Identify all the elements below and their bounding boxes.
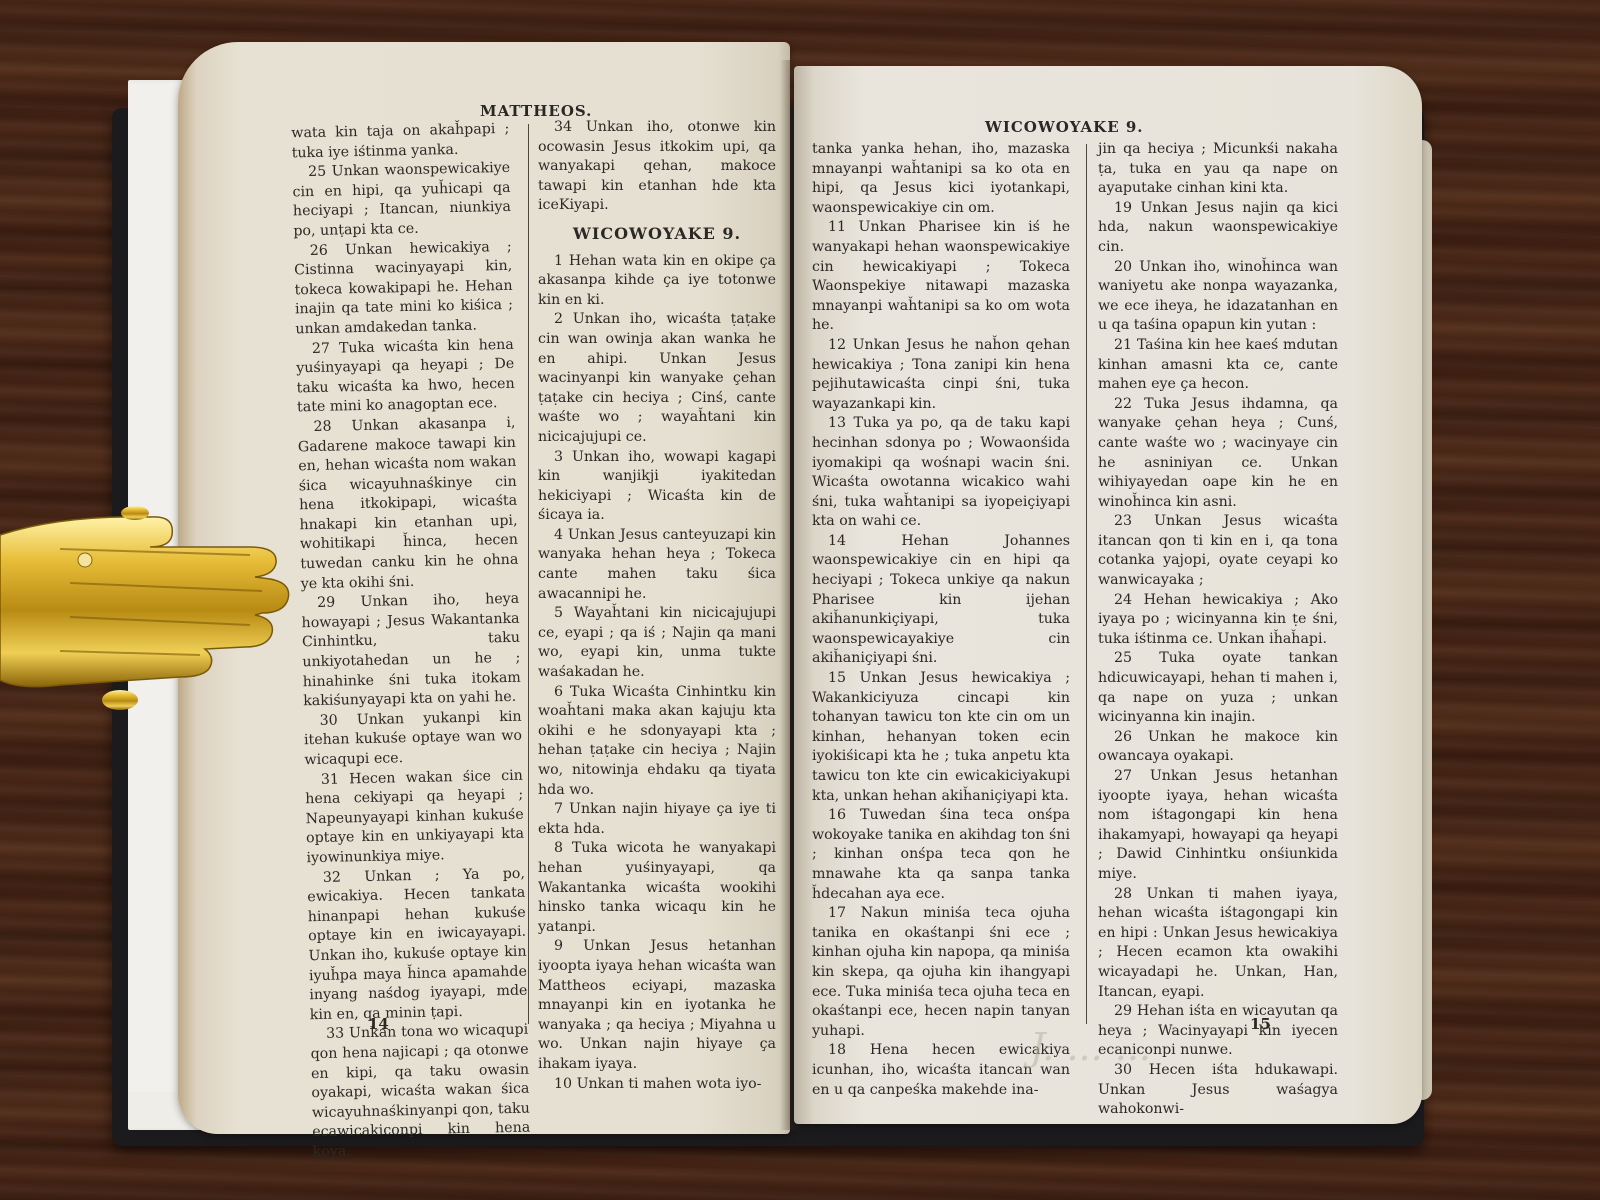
verse: 10 Unkan ti mahen wota iyo- bbox=[538, 1075, 776, 1095]
verse: 9 Unkan Jesus hetanhan iyoopta iyaya heh… bbox=[538, 937, 776, 1074]
verse: 5 Wayaȟtani kin nicicajujupi ce, eyapi ;… bbox=[538, 604, 776, 682]
verse: 33 Unkan tona wo wicaqupi qon hena najic… bbox=[310, 1021, 531, 1163]
verse: 3 Unkan iho, wowapi kagapi kin wanjikji … bbox=[538, 448, 776, 526]
verse: 28 Unkan ti mahen iyaya, hehan wicaśta i… bbox=[1098, 885, 1338, 1003]
verse: wata kin taja on akaȟpapi ; tuka iye iśt… bbox=[291, 120, 510, 164]
left-column-2: 34 Unkan iho, otonwe kin ocowasin Jesus … bbox=[538, 118, 776, 1094]
verse: 8 Tuka wicota he wanyakapi hehan yuśinya… bbox=[538, 839, 776, 937]
verse: 2 Unkan iho, wicaśta ṭaṭake cin wan owin… bbox=[538, 310, 776, 447]
verse: 26 Unkan hewicakiya ; Cistinna wacinyaya… bbox=[294, 237, 514, 340]
verse: 31 Hecen wakan śice cin hena cekiyapi qa… bbox=[305, 766, 525, 869]
verse: 26 Unkan he makoce kin owancaya oyakapi. bbox=[1098, 728, 1338, 767]
pencil-inscription: J. ... ... bbox=[1030, 1025, 1330, 1085]
gold-hand-bookmark-icon bbox=[0, 505, 290, 715]
verse: 12 Unkan Jesus he naȟon qehan hewicakiya… bbox=[812, 336, 1070, 414]
verse: 11 Unkan Pharisee kin iś he wanyakapi he… bbox=[812, 218, 1070, 336]
chapter-heading: WICOWOYAKE 9. bbox=[538, 224, 776, 244]
verse: 16 Tuwedan śina teca onśpa wokoyake tani… bbox=[812, 806, 1070, 904]
verse: 20 Unkan iho, winoȟinca wan waniyetu ake… bbox=[1098, 258, 1338, 336]
verse: 6 Tuka Wicaśta Cinhintku kin woaȟtani ma… bbox=[538, 683, 776, 801]
verse: 25 Tuka oyate tankan hdicuwicayapi, heha… bbox=[1098, 649, 1338, 727]
verse: tanka yanka hehan, iho, mazaska mnayanpi… bbox=[812, 140, 1070, 218]
verse: 24 Hehan hewicakiya ; Ako iyaya po ; wic… bbox=[1098, 591, 1338, 650]
right-column-2: jin qa heciya ; Micunkśi nakaha ṭa, tuka… bbox=[1098, 140, 1338, 1120]
verse: 19 Unkan Jesus najin qa kici hda, nakun … bbox=[1098, 199, 1338, 258]
verse: 29 Unkan iho, heya howayapi ; Jesus Waka… bbox=[301, 590, 521, 712]
verse: 7 Unkan najin hiyaye ça iye ti ekta hda. bbox=[538, 800, 776, 839]
verse: 32 Unkan ; Ya po, ewicakiya. Hecen tanka… bbox=[307, 864, 528, 1025]
verse: 23 Unkan Jesus wicaśta itancan qon ti ki… bbox=[1098, 512, 1338, 590]
verse: 13 Tuka ya po, qa de taku kapi hecinhan … bbox=[812, 414, 1070, 532]
verse: jin qa heciya ; Micunkśi nakaha ṭa, tuka… bbox=[1098, 140, 1338, 199]
verse: 27 Tuka wicaśta kin hena yuśinyayapi qa … bbox=[296, 335, 516, 418]
verse: 1 Hehan wata kin en okipe ça akasanpa ki… bbox=[538, 252, 776, 311]
verse: 15 Unkan Jesus hewicakiya ; Wakankiciyuz… bbox=[812, 669, 1070, 806]
verse: 34 Unkan iho, otonwe kin ocowasin Jesus … bbox=[538, 118, 776, 216]
left-column-1: wata kin taja on akaȟpapi ; tuka iye iśt… bbox=[291, 120, 531, 1163]
verse: 4 Unkan Jesus canteyuzapi kin wanyaka he… bbox=[538, 526, 776, 604]
left-page-number: 14 bbox=[368, 1015, 389, 1033]
verse: 25 Unkan waonspewicakiye cin en hipi, qa… bbox=[292, 159, 512, 242]
right-column-1: tanka yanka hehan, iho, mazaska mnayanpi… bbox=[812, 140, 1070, 1100]
verse: 30 Unkan yukanpi kin itehan kukuśe optay… bbox=[303, 708, 522, 771]
verse: 28 Unkan akasanpa i, Gadarene makoce taw… bbox=[297, 414, 519, 595]
left-column-divider bbox=[528, 124, 529, 1024]
right-column-divider bbox=[1086, 144, 1087, 1024]
verse: 14 Hehan Johannes waonspewicakiye cin en… bbox=[812, 532, 1070, 669]
right-running-head: WICOWOYAKE 9. bbox=[985, 118, 1144, 136]
verse: 21 Taśina kin hee kaeś mdutan kinhan ama… bbox=[1098, 336, 1338, 395]
verse: 22 Tuka Jesus ihdamna, qa wanyake çehan … bbox=[1098, 395, 1338, 513]
verse: 17 Nakun miniśa teca ojuha tanika en oka… bbox=[812, 904, 1070, 1041]
verse: 27 Unkan Jesus hetanhan iyoopte iyaya, h… bbox=[1098, 767, 1338, 885]
